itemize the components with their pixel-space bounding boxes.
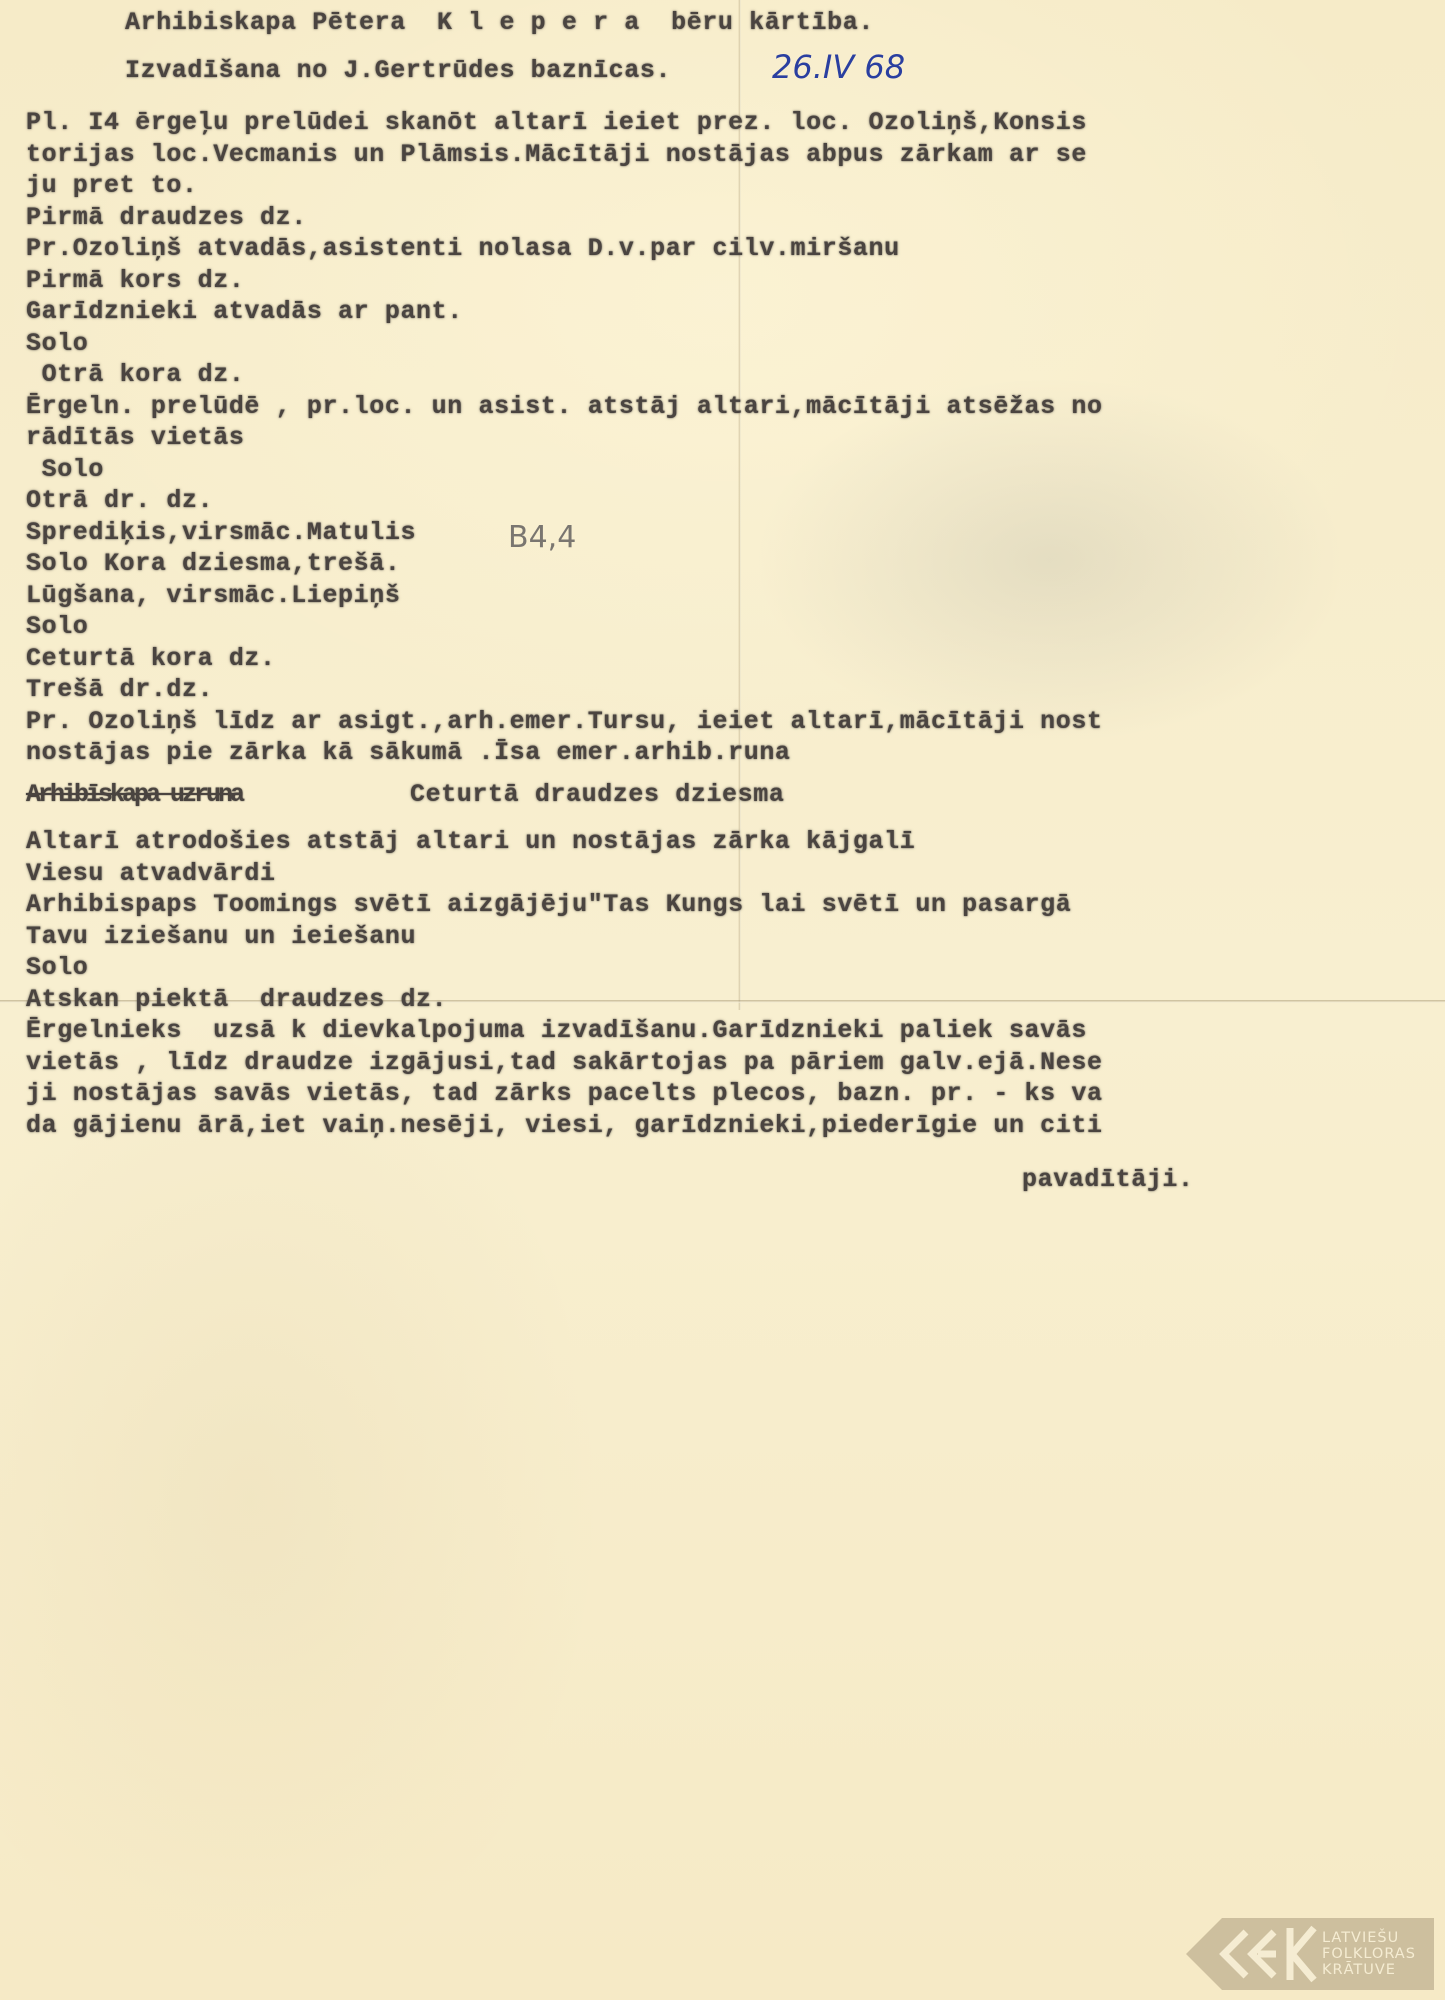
struck-through-text: Arhibīskapa uzruna	[26, 780, 242, 809]
body-line: Trešā dr.dz.	[26, 675, 213, 704]
body-line: Otrā dr. dz.	[26, 486, 213, 515]
body-line: torijas loc.Vecmanis un Plāmsis.Mācītāji…	[26, 140, 1087, 169]
document-subtitle: Izvadīšana no J.Gertrūdes baznīcas.	[125, 56, 671, 85]
body-line: Pl. I4 ērgeļu prelūdei skanōt altarī iei…	[26, 108, 1087, 137]
body-line: Tavu iziešanu un ieiešanu	[26, 922, 416, 951]
body-line: Arhibispaps Toomings svētī aizgājēju"Tas…	[26, 890, 1071, 919]
body-line: Ceturtā kora dz.	[26, 644, 276, 673]
body-line: Atskan piektā draudzes dz.	[26, 985, 447, 1014]
body-line: Pirmā kors dz.	[26, 266, 244, 295]
body-line: Pr.Ozoliņš atvadās,asistenti nolasa D.v.…	[26, 234, 900, 263]
handwritten-date: 26.IV 68	[772, 48, 905, 86]
body-line: Otrā kora dz.	[26, 360, 244, 389]
body-line: Ērgeln. prelūdē , pr.loc. un asist. atst…	[26, 392, 1103, 421]
body-line: Altarī atrodošies atstāj altari un nostā…	[26, 827, 915, 856]
body-line: Solo	[26, 455, 104, 484]
body-line: Lūgšana, virsmāc.Liepiņš	[26, 581, 400, 610]
body-line: Ceturtā draudzes dziesma	[410, 780, 784, 809]
document-title: Arhibiskapa Pētera K l e p e r a bēru kā…	[125, 8, 874, 37]
body-line: Solo	[26, 612, 88, 641]
body-line: Solo Kora dziesma,trešā.	[26, 549, 400, 578]
body-line: vietās , līdz draudze izgājusi,tad sakār…	[26, 1048, 1103, 1077]
archive-logo-text: LATVIEŠU FOLKLORAS KRĀTUVE	[1322, 1930, 1416, 1978]
body-line: Solo	[26, 953, 88, 982]
body-line: Ērgelnieks uzsā k dievkalpojuma izvadīša…	[26, 1016, 1087, 1045]
body-line: Garīdznieki atvadās ar pant.	[26, 297, 463, 326]
body-line: Pirmā draudzes dz.	[26, 203, 307, 232]
body-line: rādītās vietās	[26, 423, 244, 452]
body-line: nostājas pie zārka kā sākumā .Īsa emer.a…	[26, 738, 791, 767]
body-line: Pr. Ozoliņš līdz ar asigt.,arh.emer.Turs…	[26, 707, 1103, 736]
pencil-note: B4,4	[508, 520, 576, 555]
body-line: ju pret to.	[26, 171, 198, 200]
body-line: Solo	[26, 329, 88, 358]
body-line: Viesu atvadvārdi	[26, 859, 276, 888]
logo-line-3: KRĀTUVE	[1322, 1962, 1416, 1978]
body-line: Sprediķis,virsmāc.Matulis	[26, 518, 416, 547]
body-line: ji nostājas savās vietās, tad zārks pace…	[26, 1079, 1103, 1108]
closing-word: pavadītāji.	[1022, 1165, 1194, 1194]
logo-line-1: LATVIEŠU	[1322, 1930, 1416, 1946]
body-line: da gājienu ārā,iet vaiņ.nesēji, viesi, g…	[26, 1111, 1103, 1140]
logo-line-2: FOLKLORAS	[1322, 1946, 1416, 1962]
